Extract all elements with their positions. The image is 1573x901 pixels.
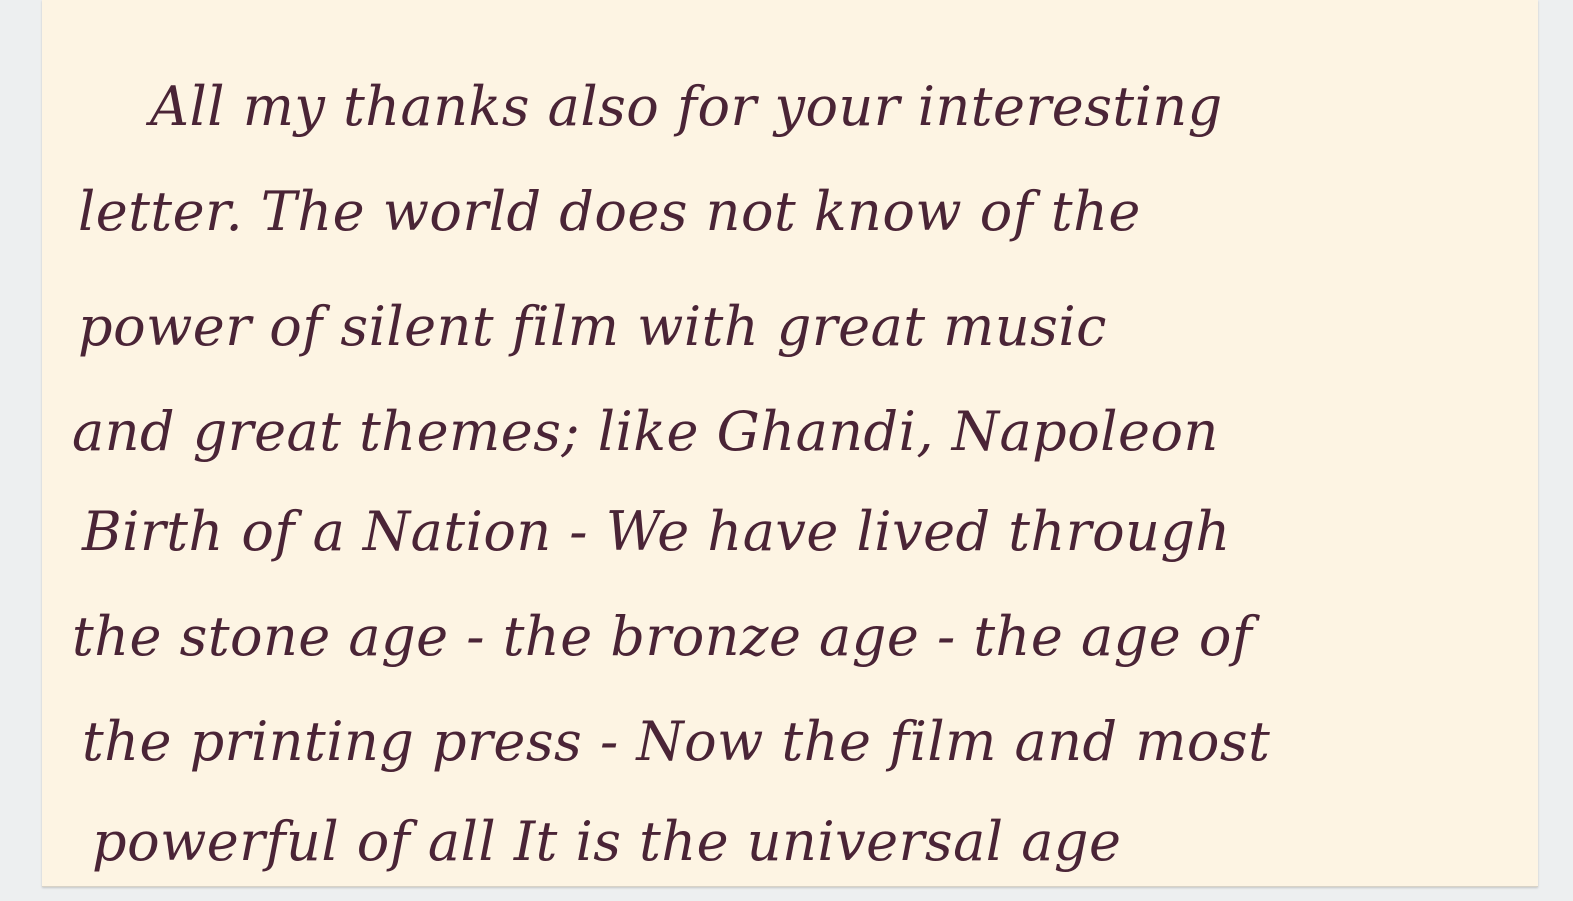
handwritten-line-4: and great themes; like Ghandi, Napoleon	[72, 405, 1219, 459]
handwritten-line-6: the stone age - the bronze age - the age…	[72, 610, 1252, 664]
handwritten-line-1: All my thanks also for your interesting	[150, 80, 1223, 134]
handwritten-line-3: power of silent film with great music	[78, 300, 1107, 354]
note-card: All my thanks also for your interesting …	[42, 0, 1538, 887]
handwritten-line-5: Birth of a Nation - We have lived throug…	[82, 505, 1231, 559]
handwritten-line-8: powerful of all It is the universal age	[92, 815, 1121, 869]
handwritten-line-7: the printing press - Now the film and mo…	[82, 715, 1270, 769]
scanned-document: All my thanks also for your interesting …	[0, 0, 1573, 901]
handwritten-line-2: letter. The world does not know of the	[78, 185, 1141, 239]
